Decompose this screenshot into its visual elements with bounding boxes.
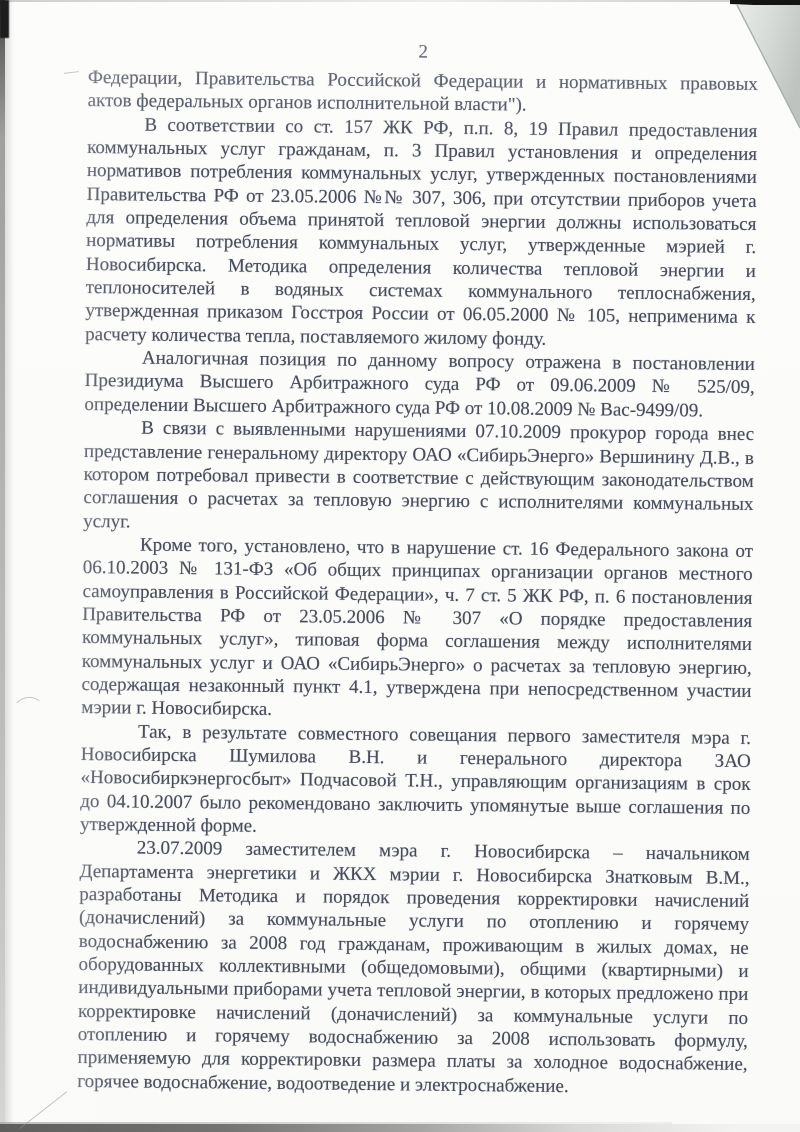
page-number: 2 — [88, 38, 758, 67]
scan-edge-top — [0, 0, 800, 2]
scan-edge-bottom — [0, 1124, 800, 1132]
pencil-smudge-mark — [130, 73, 142, 80]
scanned-page: 2 Федерации, Правительства Российской Фе… — [0, 0, 800, 1132]
scan-corner-mark-top-left — [0, 0, 9, 38]
paragraph: В связи с выявленными нарушениями 07.10.… — [83, 416, 754, 540]
paragraph: Кроме того, установлено, что в нарушение… — [81, 533, 753, 727]
document-text: Федерации, Правительства Российской Феде… — [77, 66, 758, 1100]
scan-edge-left-shadow — [5, 0, 14, 1132]
paragraph: В соответствии со ст. 157 ЖК РФ, п.п. 8,… — [85, 113, 757, 353]
document-content: 2 Федерации, Правительства Российской Фе… — [0, 0, 800, 1132]
paragraph: Так, в результате совместного совещания … — [80, 720, 751, 844]
paragraph: 23.07.2009 заместителем мэра г. Новосиби… — [77, 836, 750, 1100]
paragraph-continuation: Федерации, Правительства Российской Феде… — [88, 66, 758, 120]
paragraph: Аналогичная позиция по данному вопросу о… — [84, 346, 755, 423]
scan-corner-fold — [720, 0, 800, 135]
